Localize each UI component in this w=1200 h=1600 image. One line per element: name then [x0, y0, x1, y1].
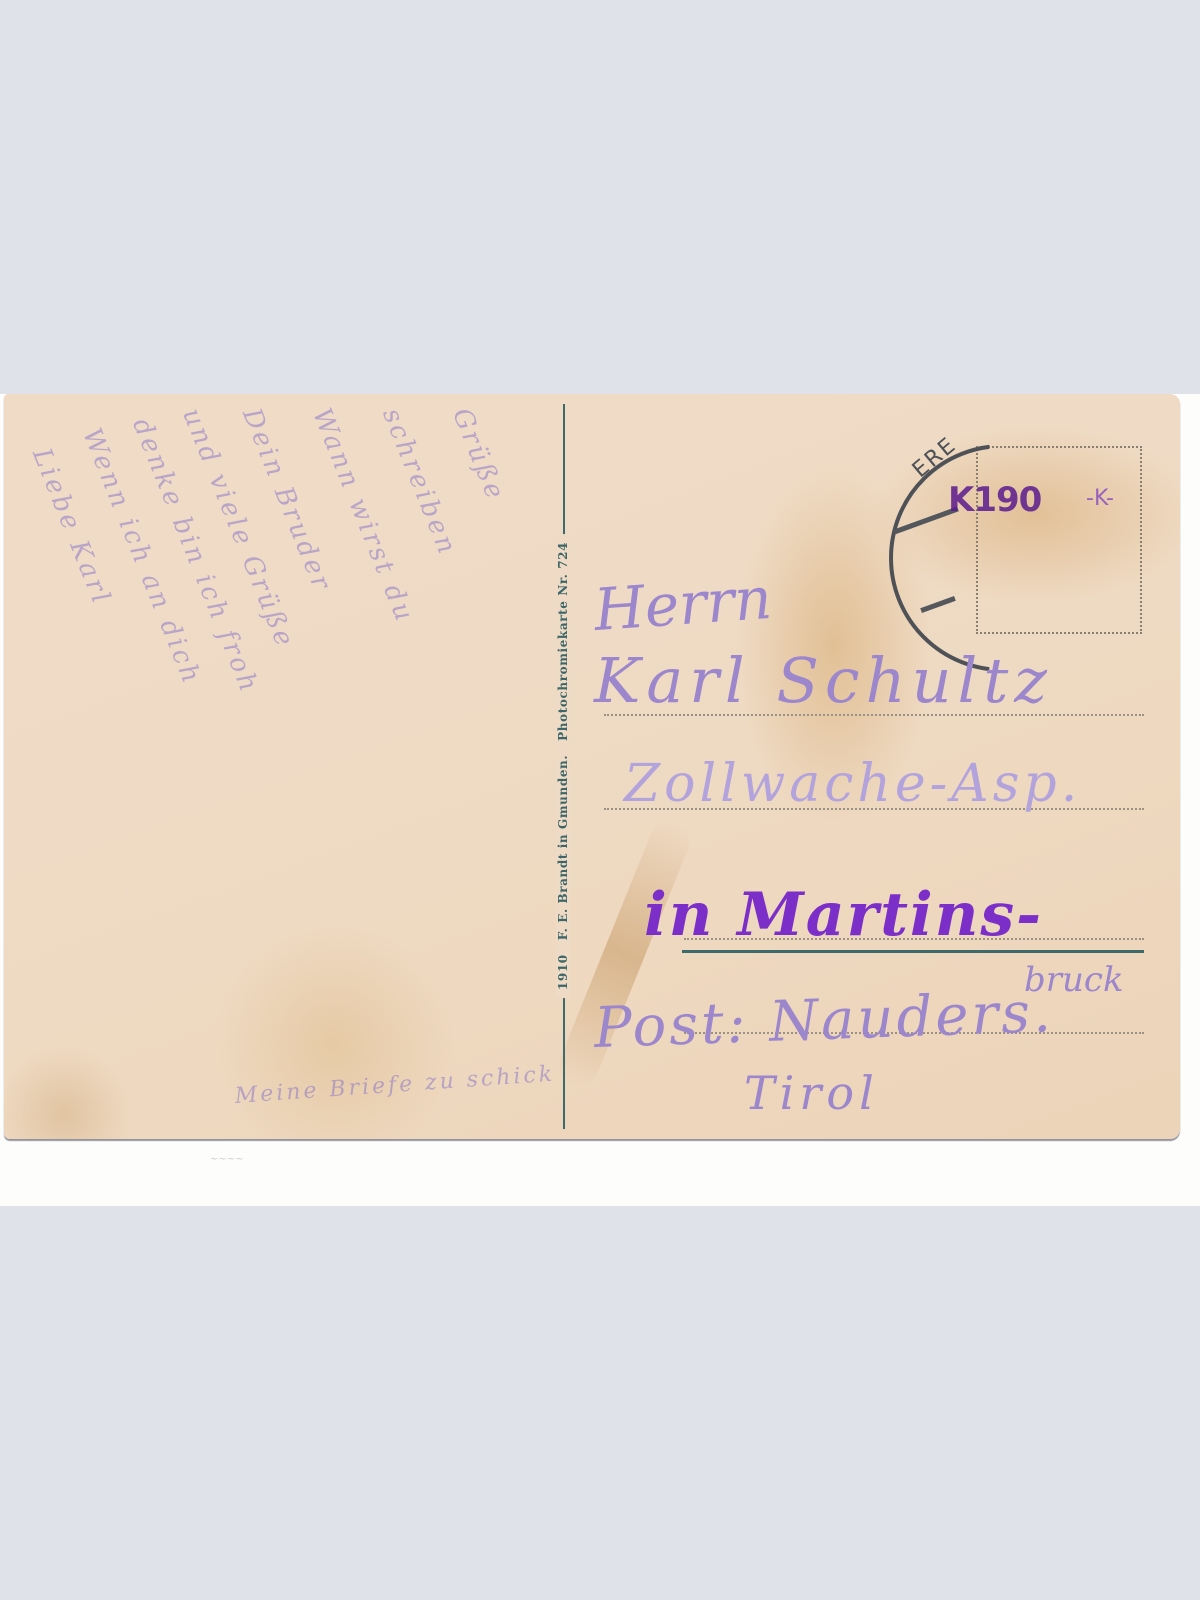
imprint-series: Photochromiekarte Nr. 724	[556, 542, 570, 741]
censor-stamp: K190	[948, 480, 1041, 520]
imprint-year: 1910	[556, 954, 570, 990]
scanned-image: Liebe Karl Wenn ich an dich denke bin ic…	[0, 394, 1200, 1206]
address-line3-text: in Martins-	[644, 880, 1043, 950]
imprint-publisher: F. E. Brandt in Gmunden.	[556, 755, 570, 940]
message-line: Grüße	[446, 404, 510, 506]
stamp-box	[976, 446, 1142, 634]
address-salutation: Herrn	[592, 564, 774, 644]
address-underline	[682, 950, 1144, 953]
message-line: schreiben	[376, 404, 462, 560]
censor-stamp-suffix: -K-	[1086, 486, 1114, 511]
address-name: Karl Schultz	[594, 644, 1053, 717]
publisher-imprint: 1910F. E. Brandt in Gmunden.Photochromie…	[556, 534, 570, 998]
address-line2-text: Zollwache-Asp.	[624, 754, 1081, 814]
message-area: Liebe Karl Wenn ich an dich denke bin ic…	[14, 404, 554, 1129]
scan-artifact: ~~~~	[210, 1154, 244, 1165]
address-line5-text: Tirol	[744, 1066, 879, 1120]
message-signature: Meine Briefe zu schicken	[234, 1059, 554, 1109]
address-line4-text: Post: Nauders.	[593, 980, 1055, 1061]
postcard: Liebe Karl Wenn ich an dich denke bin ic…	[4, 394, 1180, 1139]
